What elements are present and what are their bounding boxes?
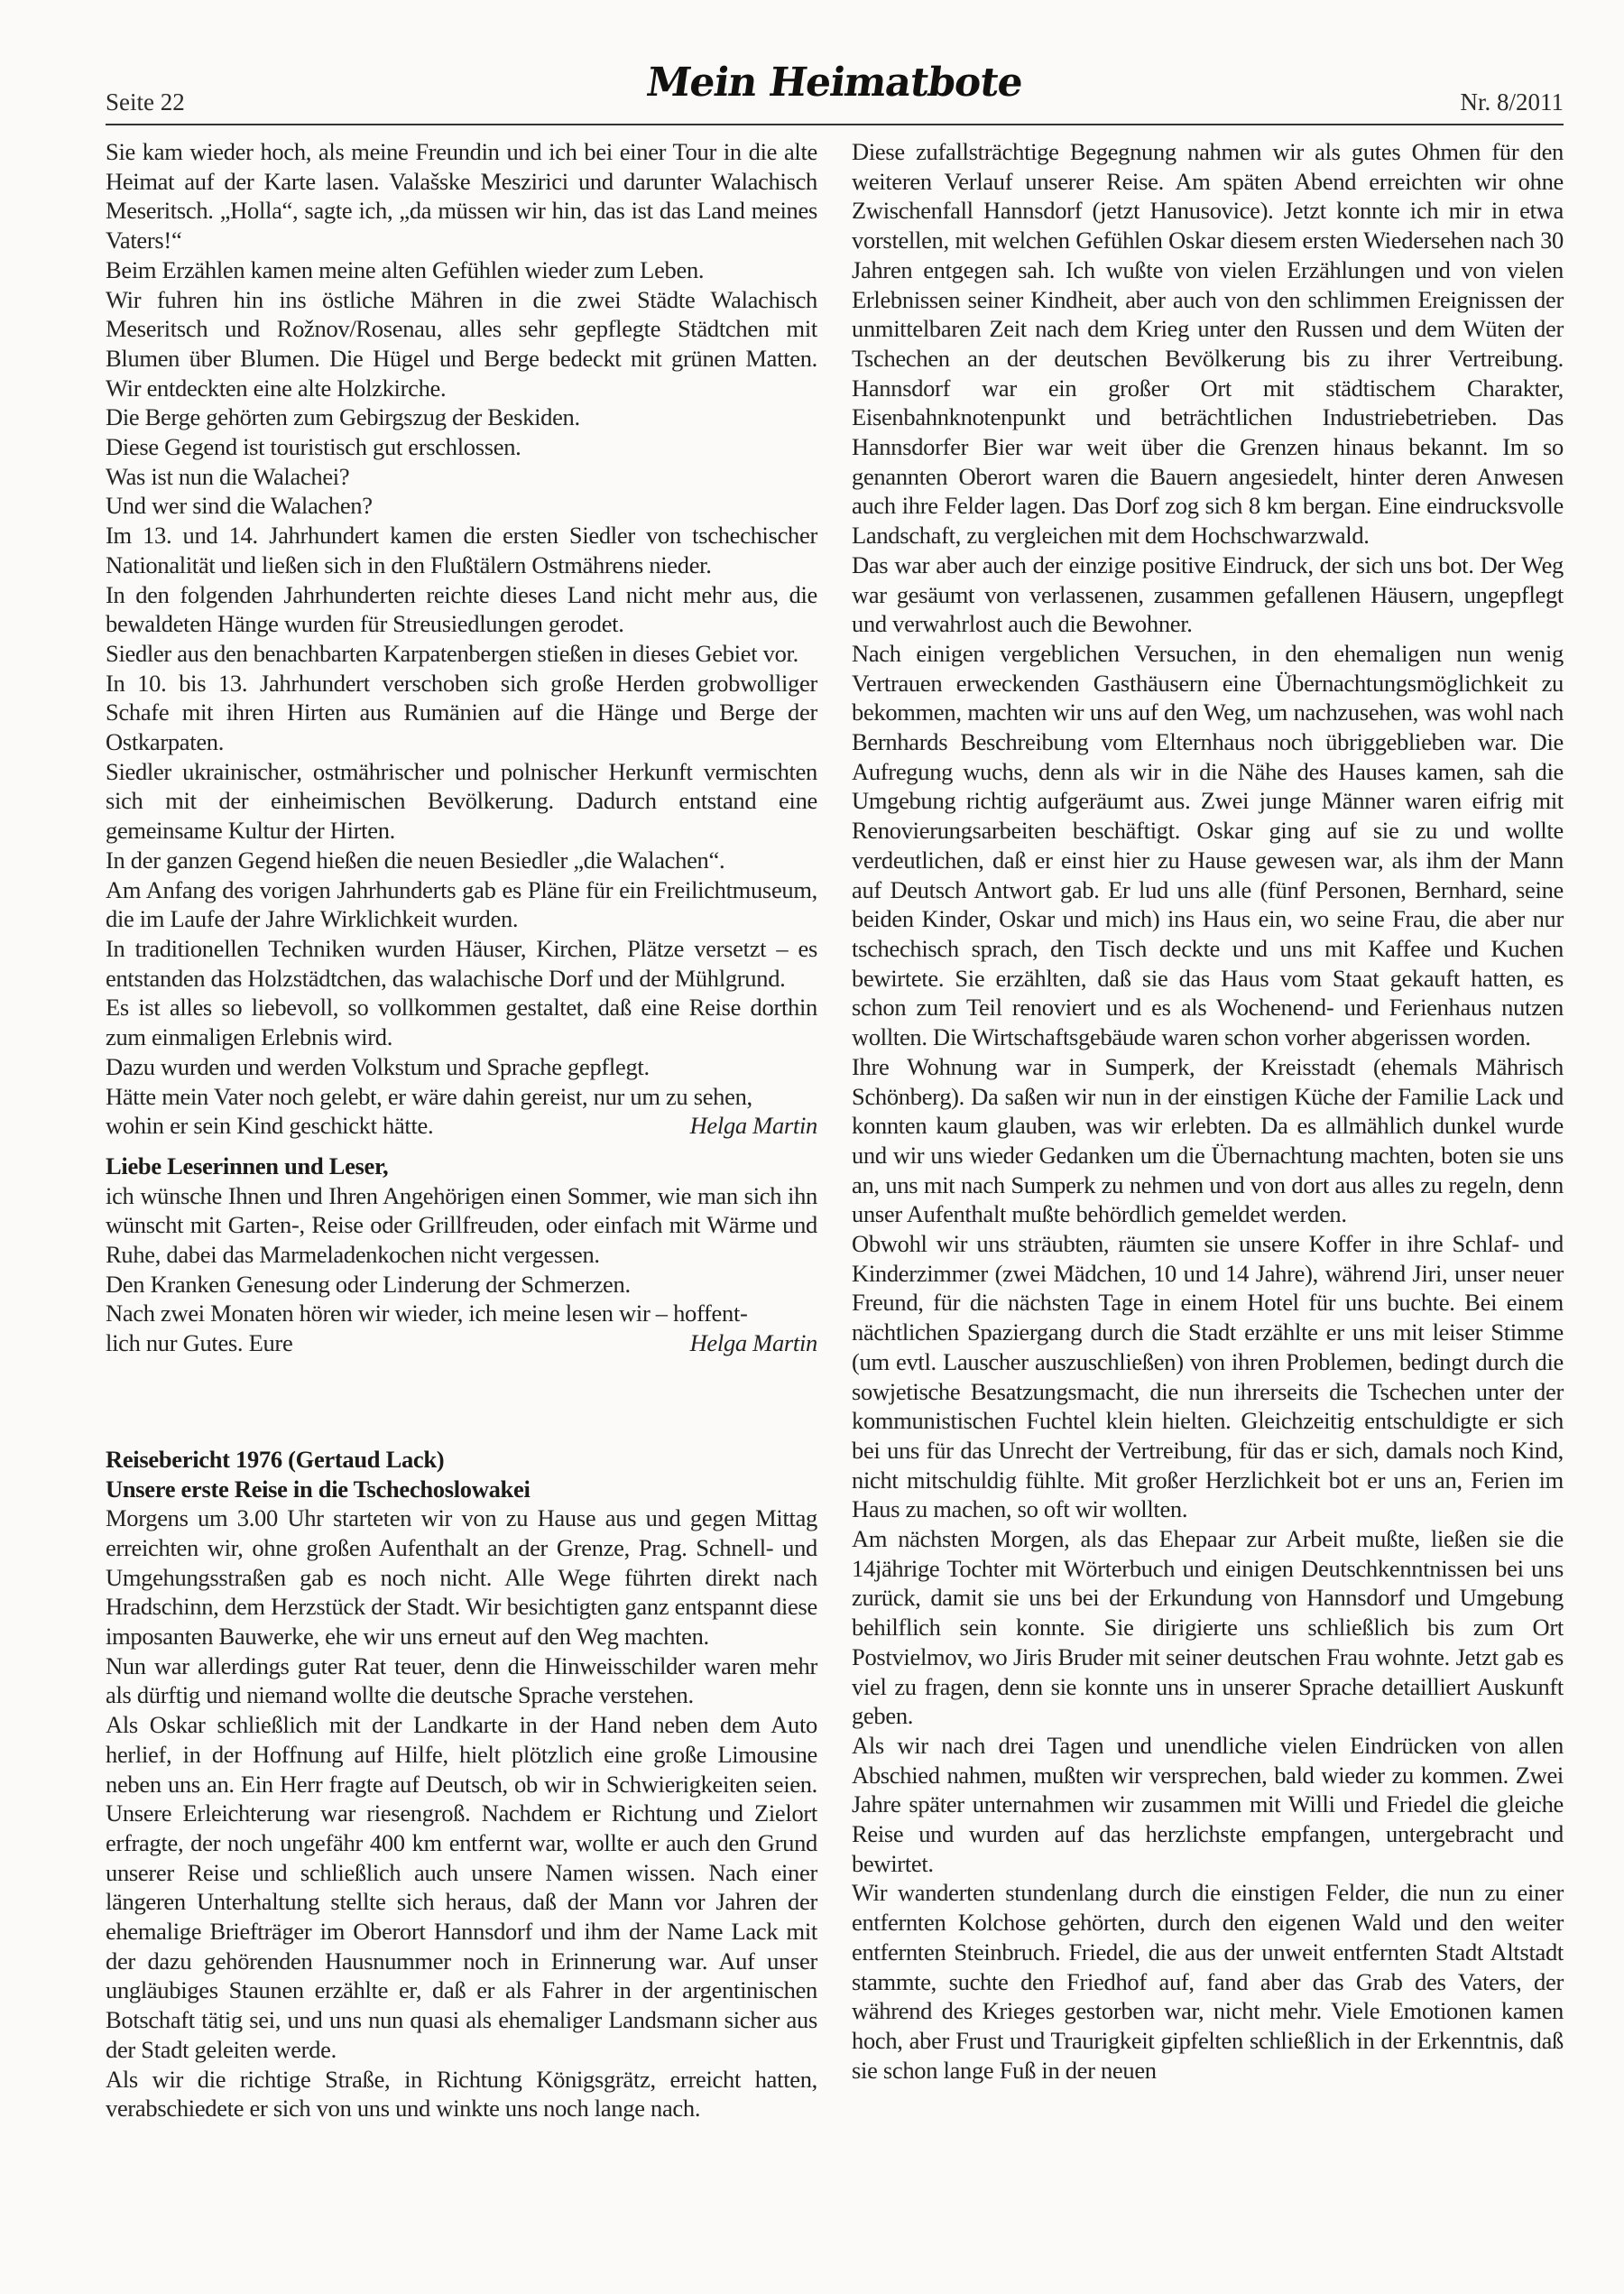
article-walachei: Sie kam wieder hoch, als meine Freundin … (106, 137, 817, 1141)
paragraph: Das war aber auch der einzige positive E… (852, 550, 1564, 639)
paragraph: Wir wanderten stundenlang durch die eins… (852, 1878, 1564, 2085)
author-signature: Helga Martin (690, 1328, 817, 1358)
paragraph: Hätte mein Vater noch gelebt, er wäre da… (106, 1082, 817, 1112)
paragraph: Siedler ukrainischer, ostmährischer und … (106, 757, 817, 846)
paragraph: In traditionellen Techniken wurden Häuse… (106, 934, 817, 993)
signature-line: lich nur Gutes. Eure Helga Martin (106, 1328, 817, 1358)
paragraph: Morgens um 3.00 Uhr starteten wir von zu… (106, 1503, 817, 1651)
letter-salutation: Liebe Leserinnen und Leser, (106, 1152, 817, 1181)
paragraph: Diese Gegend ist touristisch gut erschlo… (106, 432, 817, 462)
paragraph: Sie kam wieder hoch, als meine Freundin … (106, 137, 817, 255)
article-title: Reisebericht 1976 (Gertaud Lack) (106, 1445, 817, 1475)
left-column: Sie kam wieder hoch, als meine Freundin … (106, 137, 817, 2123)
paragraph: Nun war allerdings guter Rat teuer, denn… (106, 1651, 817, 1710)
paragraph: Als wir die richtige Straße, in Richtung… (106, 2065, 817, 2123)
paragraph: Nach zwei Monaten hören wir wieder, ich … (106, 1299, 817, 1328)
paragraph: Was ist nun die Walachei? (106, 462, 817, 492)
right-column: Diese zufallsträchtige Begegnung nahmen … (852, 137, 1564, 2123)
page-header: Seite 22 Mein Heimatbote Nr. 8/2011 (106, 0, 1564, 125)
article-columns: Sie kam wieder hoch, als meine Freundin … (106, 137, 1564, 2123)
page-number: Seite 22 (106, 88, 185, 116)
paragraph: Wir fuhren hin ins östliche Mähren in di… (106, 285, 817, 403)
paragraph: Den Kranken Genesung oder Linderung der … (106, 1270, 817, 1300)
author-signature: Helga Martin (690, 1111, 817, 1141)
paragraph: Es ist alles so liebevoll, so vollkommen… (106, 993, 817, 1051)
closing-text: wohin er sein Kind geschickt hätte. (106, 1111, 433, 1141)
issue-number: Nr. 8/2011 (1461, 88, 1564, 116)
paragraph: Am nächsten Morgen, als das Ehepaar zur … (852, 1524, 1564, 1731)
article-reisebericht: Reisebericht 1976 (Gertaud Lack) Unsere … (106, 1445, 817, 2123)
masthead-logo: Mein Heimatbote (644, 60, 1026, 106)
paragraph: Die Berge gehörten zum Gebirgszug der Be… (106, 402, 817, 432)
newspaper-page: Seite 22 Mein Heimatbote Nr. 8/2011 Sie … (106, 0, 1564, 125)
paragraph: In den folgenden Jahrhunderten reichte d… (106, 580, 817, 639)
closing-text: lich nur Gutes. Eure (106, 1328, 292, 1358)
paragraph: Obwohl wir uns sträubten, räumten sie un… (852, 1229, 1564, 1524)
article-subtitle: Unsere erste Reise in die Tschechoslowak… (106, 1475, 817, 1504)
paragraph: Im 13. und 14. Jahrhundert kamen die ers… (106, 521, 817, 579)
paragraph: Am Anfang des vorigen Jahrhunderts gab e… (106, 875, 817, 934)
paragraph: Dazu wurden und werden Volkstum und Spra… (106, 1052, 817, 1082)
paragraph: In der ganzen Gegend hießen die neuen Be… (106, 846, 817, 875)
paragraph: Siedler aus den benachbarten Karpatenber… (106, 639, 817, 669)
paragraph: Nach einigen vergeblichen Versuchen, in … (852, 639, 1564, 1052)
paragraph: Beim Erzählen kamen meine alten Gefühlen… (106, 255, 817, 285)
paragraph: Und wer sind die Walachen? (106, 491, 817, 521)
paragraph: In 10. bis 13. Jahrhundert verschoben si… (106, 669, 817, 757)
paragraph: ich wünsche Ihnen und Ihren Angehörigen … (106, 1181, 817, 1270)
paragraph: Als Oskar schließlich mit der Landkarte … (106, 1710, 817, 2064)
paragraph: Als wir nach drei Tagen und unendliche v… (852, 1731, 1564, 1879)
letter-to-readers: Liebe Leserinnen und Leser, ich wünsche … (106, 1152, 817, 1358)
paragraph: Diese zufallsträchtige Begegnung nahmen … (852, 137, 1564, 550)
paragraph: Ihre Wohnung war in Sumperk, der Kreisst… (852, 1052, 1564, 1229)
signature-line: wohin er sein Kind geschickt hätte. Helg… (106, 1111, 817, 1141)
